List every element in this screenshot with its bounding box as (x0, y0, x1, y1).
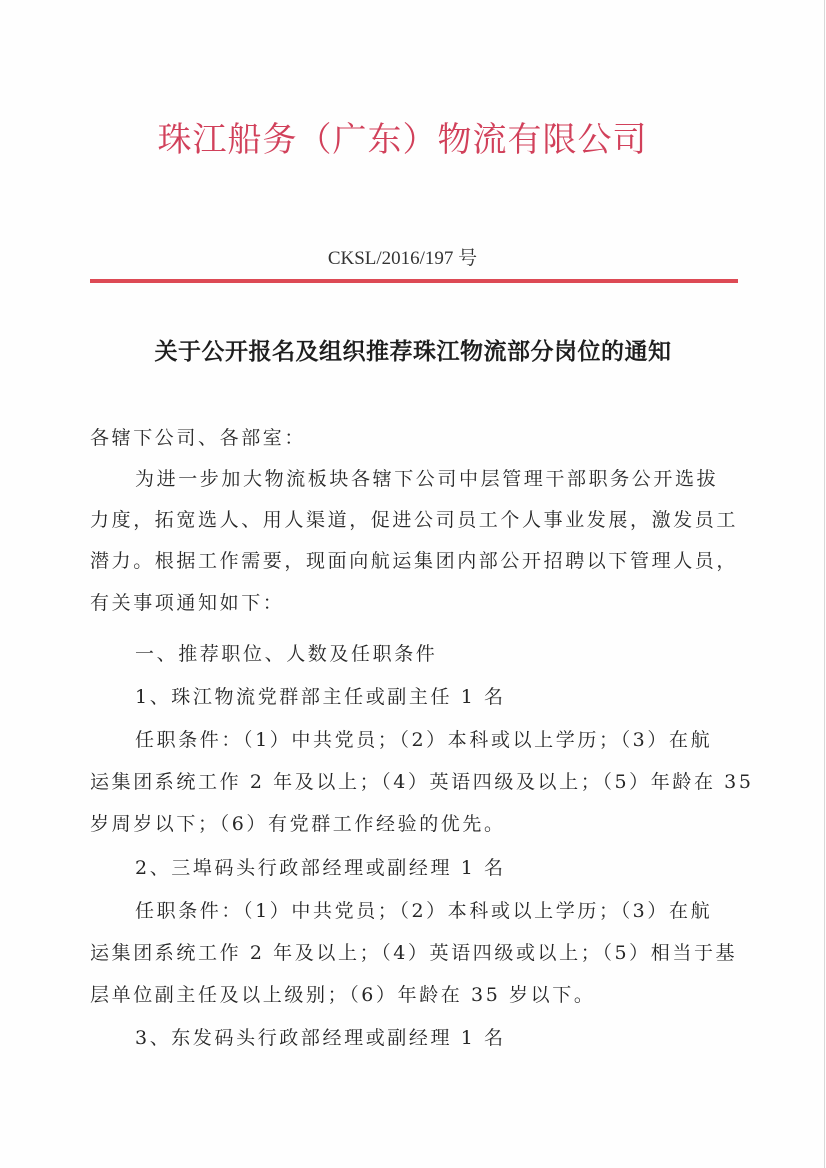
position-title: 2、三埠码头行政部经理或副经理 1 名 (135, 853, 506, 880)
position-title: 3、东发码头行政部经理或副经理 1 名 (135, 1023, 506, 1050)
notice-heading: 关于公开报名及组织推荐珠江物流部分岗位的通知 (0, 333, 826, 366)
position-requirement-line: 任职条件：（1）中共党员；（2）本科或以上学历；（3）在航 (135, 725, 712, 752)
intro-paragraph-line: 有关事项通知如下： (90, 588, 284, 615)
position-title: 1、珠江物流党群部主任或副主任 1 名 (135, 682, 506, 709)
intro-paragraph-line: 潜力。根据工作需要，现面向航运集团内部公开招聘以下管理人员， (90, 546, 738, 573)
letterhead-red-divider (90, 279, 738, 283)
position-requirement-line: 岁周岁以下；（6）有党群工作经验的优先。 (90, 809, 506, 836)
intro-paragraph-line: 力度，拓宽选人、用人渠道，促进公司员工个人事业发展，激发员工 (90, 505, 738, 532)
position-requirement-line: 运集团系统工作 2 年及以上；（4）英语四级或以上；（5）相当于基 (90, 938, 737, 965)
page-edge-divider (824, 0, 825, 1168)
intro-paragraph-line: 为进一步加大物流板块各辖下公司中层管理干部职务公开选拔 (135, 464, 718, 491)
position-requirement-line: 任职条件：（1）中共党员；（2）本科或以上学历；（3）在航 (135, 896, 712, 923)
position-requirement-line: 运集团系统工作 2 年及以上；（4）英语四级及以上；（5）年龄在 35 (90, 767, 754, 794)
document-number: CKSL/2016/197 号 (0, 243, 805, 270)
organization-letterhead-title: 珠江船务（广东）物流有限公司 (0, 112, 805, 161)
position-requirement-line: 层单位副主任及以上级别；（6）年龄在 35 岁以下。 (90, 980, 595, 1007)
document-page: 珠江船务（广东）物流有限公司 CKSL/2016/197 号 关于公开报名及组织… (0, 0, 826, 1168)
section-heading: 一、推荐职位、人数及任职条件 (135, 639, 437, 666)
salutation: 各辖下公司、各部室： (90, 423, 306, 450)
